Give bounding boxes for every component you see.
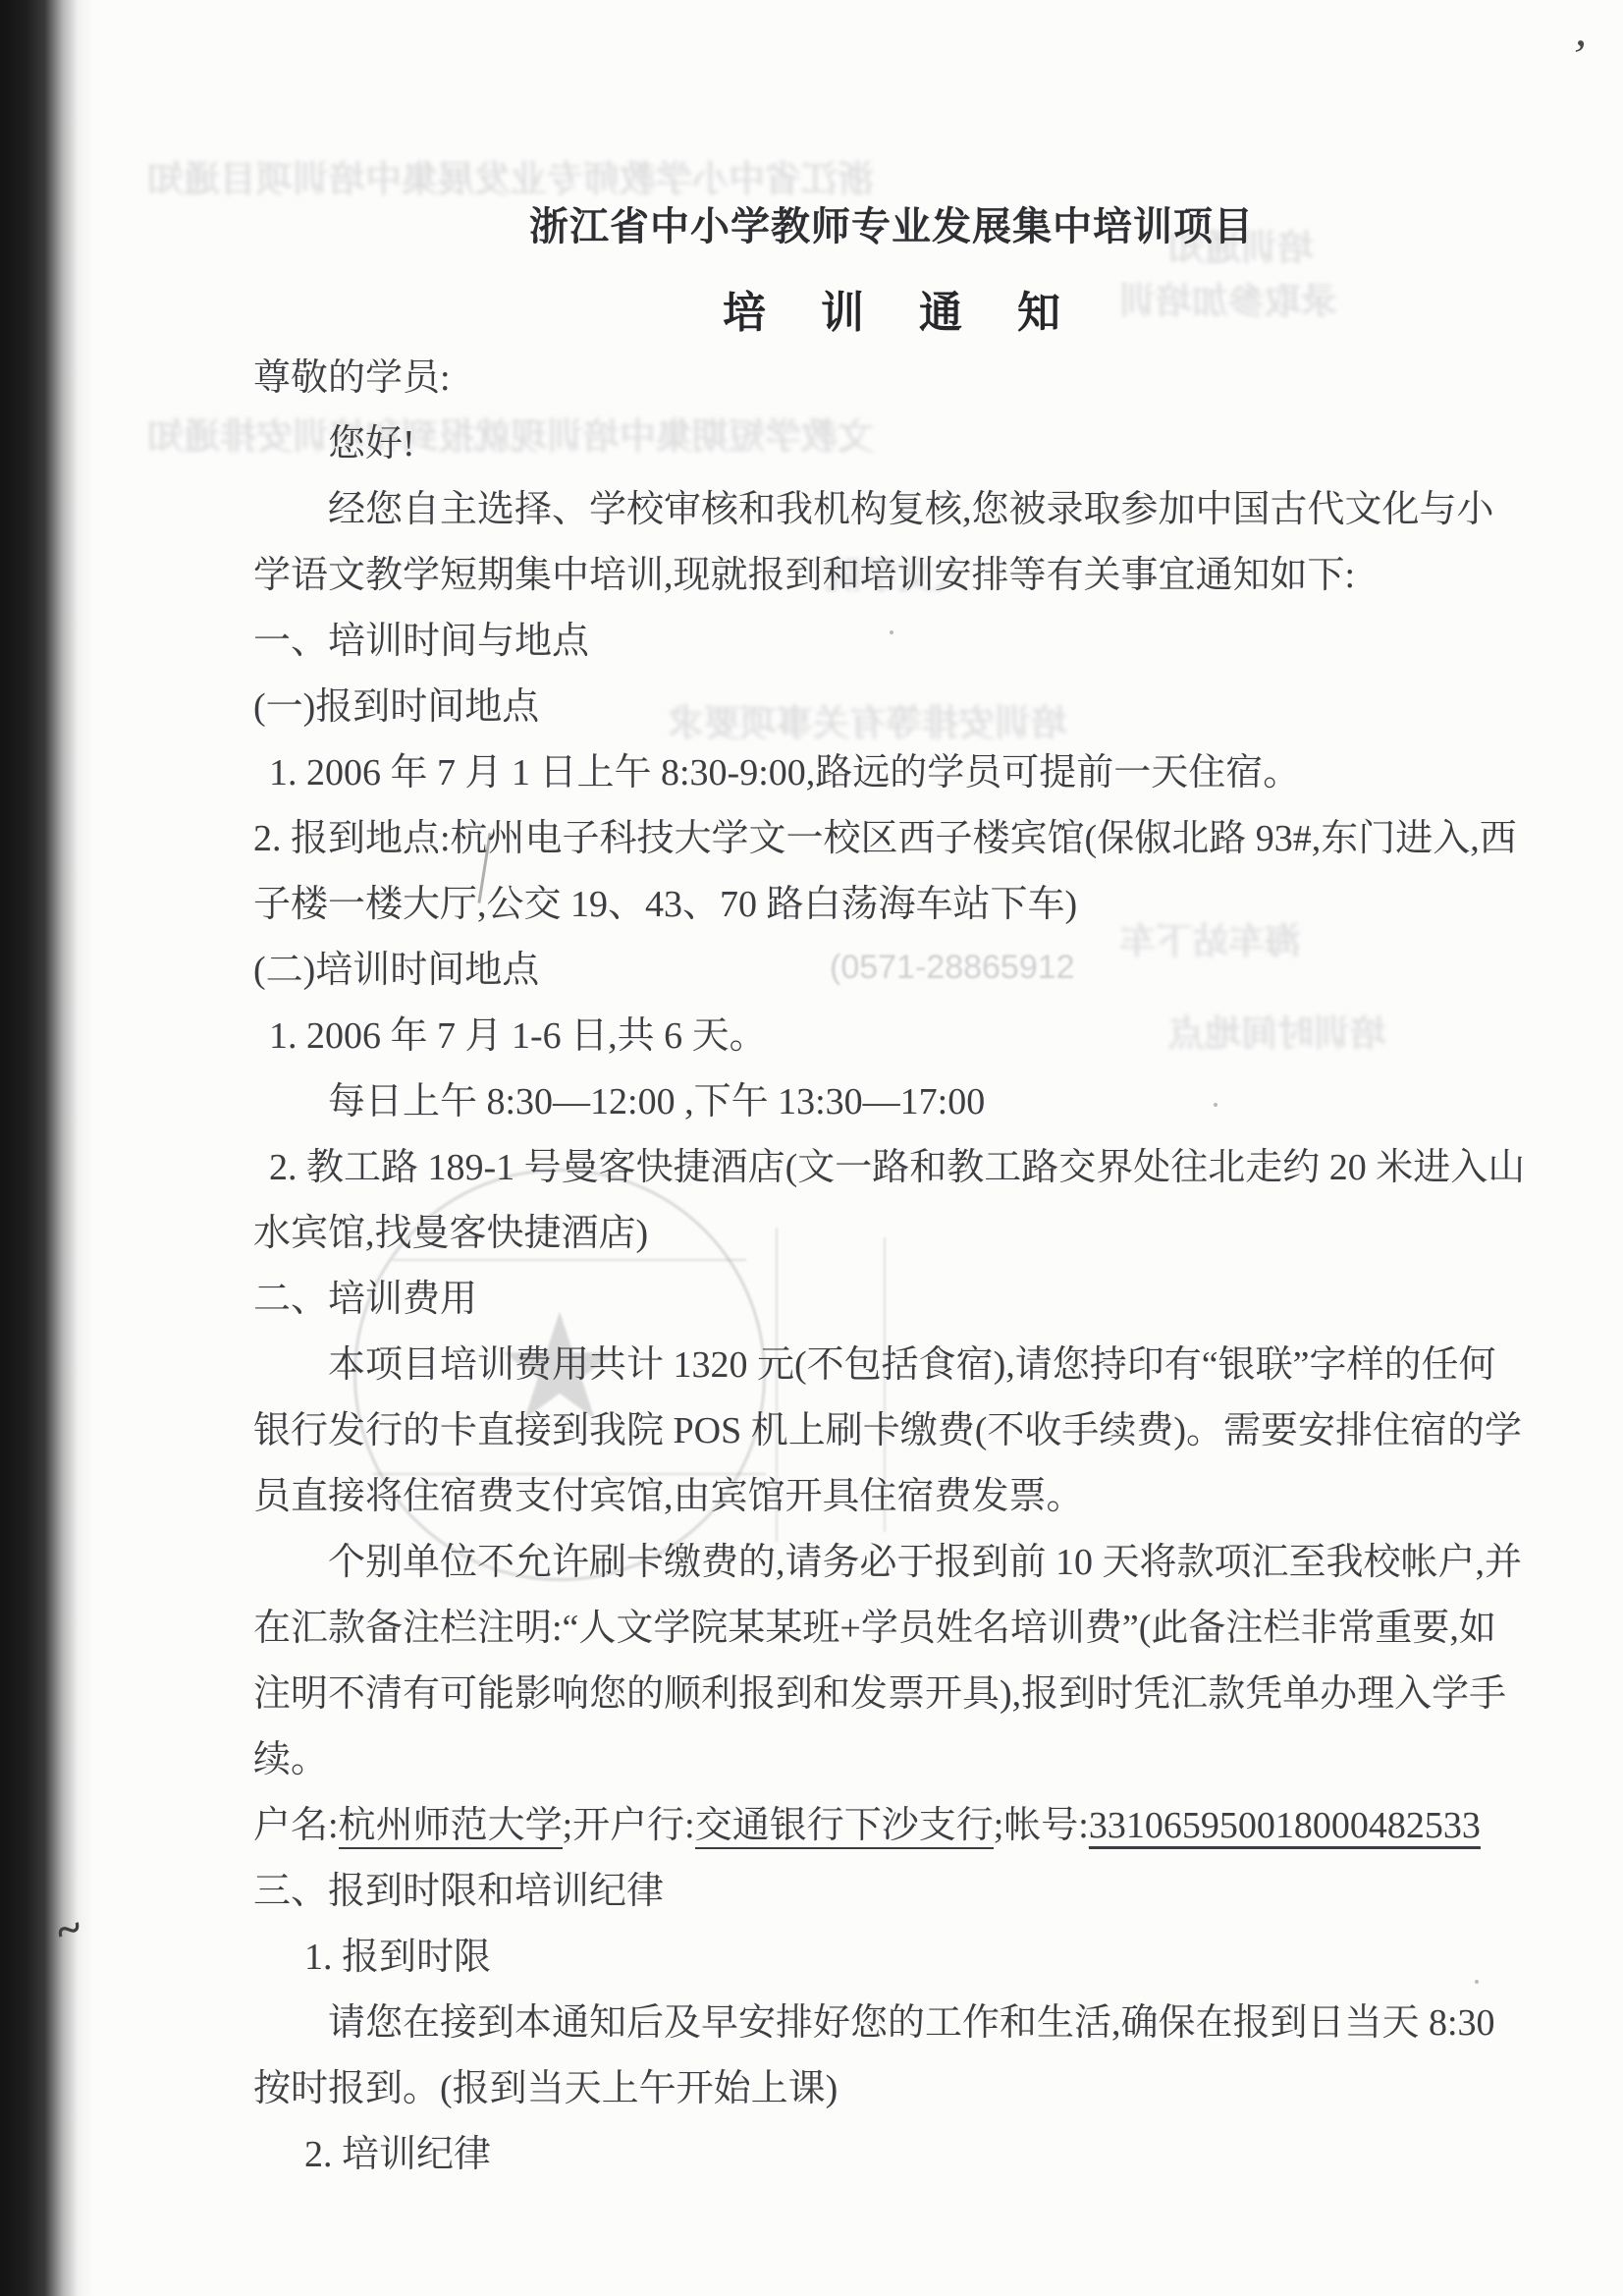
account-name-value: 杭州师范大学 [339, 1805, 563, 1849]
fee-paragraph: 本项目培训费用共计 1320 元(不包括食宿),请您持印有“银联”字样的任何银行… [253, 1333, 1530, 1530]
document-title: 浙江省中小学教师专业发展集中培训项目 [253, 194, 1530, 260]
section-3-heading: 三、报到时限和培训纪律 [253, 1859, 1530, 1925]
intro-paragraph: 经您自主选择、学校审核和我机构复核,您被录取参加中国古代文化与小学语文教学短期集… [253, 477, 1530, 609]
account-name-label: 户名: [253, 1805, 339, 1846]
scanned-document-page: 浙江省中小学教师专业发展集中培训项目通知 培训通知 录取参加培训 文教学短期集中… [0, 0, 1623, 2296]
scan-artifact-mark: ’ [1567, 28, 1590, 84]
greeting: 您好! [253, 411, 1530, 477]
training-venue-item: 2. 教工路 189-1 号曼客快捷酒店(文一路和教工路交界处往北走约 20 米… [253, 1135, 1530, 1267]
salutation: 尊敬的学员: [253, 346, 1530, 411]
scan-edge-shadow [0, 0, 93, 2296]
document-content: 浙江省中小学教师专业发展集中培训项目 培 训 通 知 尊敬的学员: 您好! 经您… [253, 194, 1530, 2188]
section-1-heading: 一、培训时间与地点 [253, 609, 1530, 675]
training-dates-item: 1. 2006 年 7 月 1-6 日,共 6 天。 [253, 1004, 1530, 1069]
remittance-paragraph: 个别单位不允许刷卡缴费的,请务必于报到前 10 天将款项汇至我校帐户,并在汇款备… [253, 1530, 1530, 1793]
deadline-paragraph: 请您在接到本通知后及早安排好您的工作和生活,确保在报到日当天 8:30 按时报到… [253, 1991, 1530, 2122]
section-1-sub-2-heading: (二)培训时间地点 [253, 938, 1530, 1004]
section-2-heading: 二、培训费用 [253, 1267, 1530, 1333]
deadline-item-heading: 1. 报到时限 [253, 1925, 1530, 1991]
daily-schedule-line: 每日上午 8:30—12:00 ,下午 13:30—17:00 [253, 1069, 1530, 1135]
bank-label: ;开户行: [563, 1805, 695, 1846]
notice-heading: 培 训 通 知 [253, 280, 1530, 346]
bank-value: 交通银行下沙支行 [695, 1805, 994, 1849]
discipline-item-heading: 2. 培训纪律 [253, 2122, 1530, 2188]
account-number-value: 331065950018000482533 [1089, 1805, 1481, 1849]
registration-time-item: 1. 2006 年 7 月 1 日上午 8:30-9:00,路远的学员可提前一天… [253, 740, 1530, 806]
registration-place-item: 2. 报到地点:杭州电子科技大学文一校区西子楼宾馆(保俶北路 93#,东门进入,… [253, 806, 1530, 938]
account-number-label: ;帐号: [994, 1805, 1089, 1846]
bank-account-line: 户名:杭州师范大学;开户行:交通银行下沙支行;帐号:33106595001800… [253, 1793, 1530, 1859]
section-1-sub-1-heading: (一)报到时间地点 [253, 675, 1530, 740]
